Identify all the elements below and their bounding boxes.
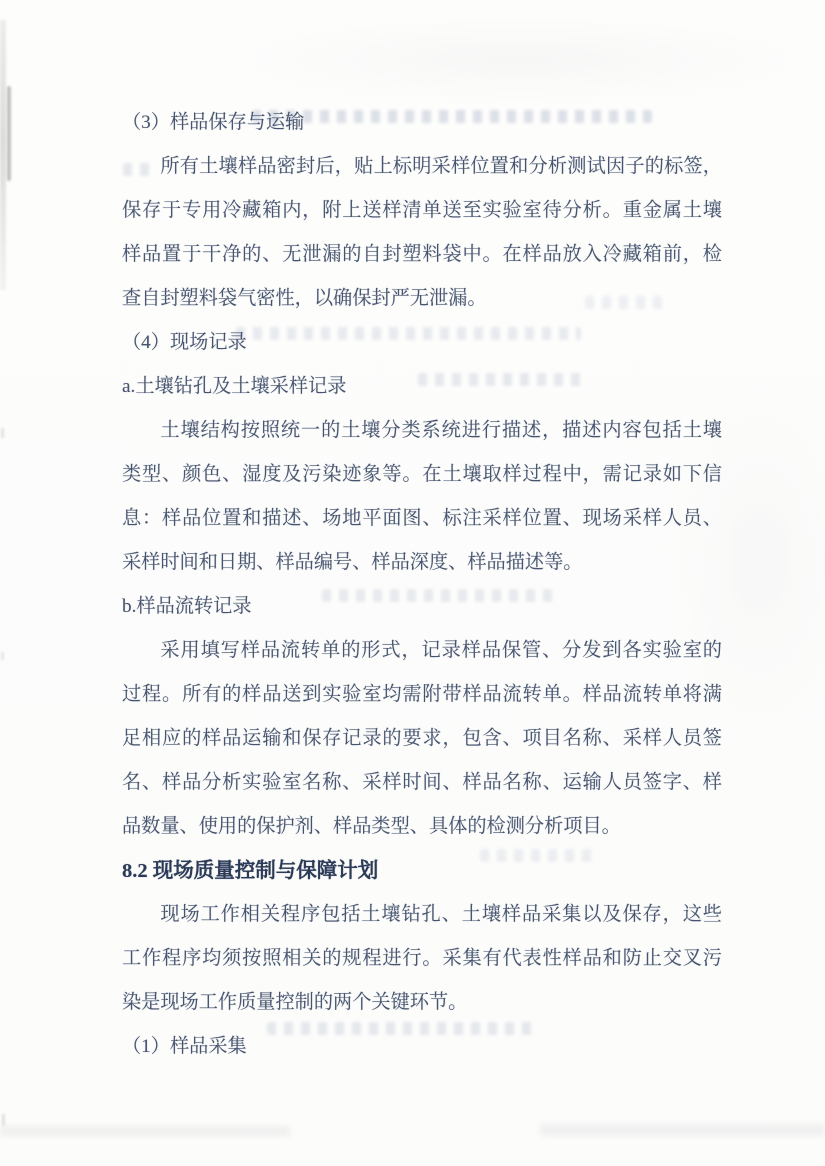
paragraph-line: 采样时间和日期、样品编号、样品深度、样品描述等。	[122, 541, 722, 585]
scan-edge-artifact	[2, 1114, 5, 1126]
scanned-document-page: （3）样品保存与运输 所有土壤样品密封后，贴上标明采样位置和分析测试因子的标签，…	[0, 0, 825, 1166]
paragraph-line: 品数量、使用的保护剂、样品类型、具体的检测分析项目。	[122, 805, 722, 849]
scan-band-artifact	[0, 1126, 290, 1136]
paragraph-line: 名、样品分析实验室名称、采样时间、样品名称、运输人员签字、样	[122, 761, 722, 805]
scan-edge-artifact	[1, 428, 4, 438]
scan-edge-artifact	[7, 86, 11, 181]
paragraph-line: 采用填写样品流转单的形式，记录样品保管、分发到各实验室的	[122, 629, 722, 673]
paragraph-line: 染是现场工作质量控制的两个关键环节。	[122, 981, 722, 1025]
paragraph-line: 类型、颜色、湿度及污染迹象等。在土壤取样过程中，需记录如下信	[122, 453, 722, 497]
paragraph-line: 土壤结构按照统一的土壤分类系统进行描述，描述内容包括土壤	[122, 409, 722, 453]
paragraph-line: 样品置于干净的、无泄漏的自封塑料袋中。在样品放入冷藏箱前，检	[122, 233, 722, 277]
paragraph-line: 足相应的样品运输和保存记录的要求，包含、项目名称、采样人员签	[122, 717, 722, 761]
scan-band-artifact	[540, 1124, 825, 1136]
item-b-sample-transfer-record: b.样品流转记录	[122, 585, 722, 629]
paragraph-line: 过程。所有的样品送到实验室均需附带样品流转单。样品流转单将满	[122, 673, 722, 717]
item-a-soil-drilling-sampling-record: a.土壤钻孔及土壤采样记录	[122, 365, 722, 409]
paragraph-line: 保存于专用冷藏箱内，附上送样清单送至实验室待分析。重金属土壤	[122, 189, 722, 233]
scan-edge-artifact	[1, 652, 4, 660]
paragraph-line: 所有土壤样品密封后，贴上标明采样位置和分析测试因子的标签，	[122, 145, 722, 189]
scan-edge-artifact	[0, 20, 6, 290]
section-heading-8-2: 8.2 现场质量控制与保障计划	[122, 849, 722, 893]
paragraph-line: 现场工作相关程序包括土壤钻孔、土壤样品采集以及保存，这些	[122, 893, 722, 937]
text-column: （3）样品保存与运输 所有土壤样品密封后，贴上标明采样位置和分析测试因子的标签，…	[122, 101, 722, 1069]
paragraph-line: 工作程序均须按照相关的规程进行。采集有代表性样品和防止交叉污	[122, 937, 722, 981]
paragraph-line: 查自封塑料袋气密性，以确保封严无泄漏。	[122, 277, 722, 321]
item-1-sample-collection: （1）样品采集	[122, 1025, 722, 1069]
paragraph-line: 息：样品位置和描述、场地平面图、标注采样位置、现场采样人员、	[122, 497, 722, 541]
item-4-field-records: （4）现场记录	[122, 321, 722, 365]
item-3-sample-storage-transport: （3）样品保存与运输	[122, 101, 722, 145]
